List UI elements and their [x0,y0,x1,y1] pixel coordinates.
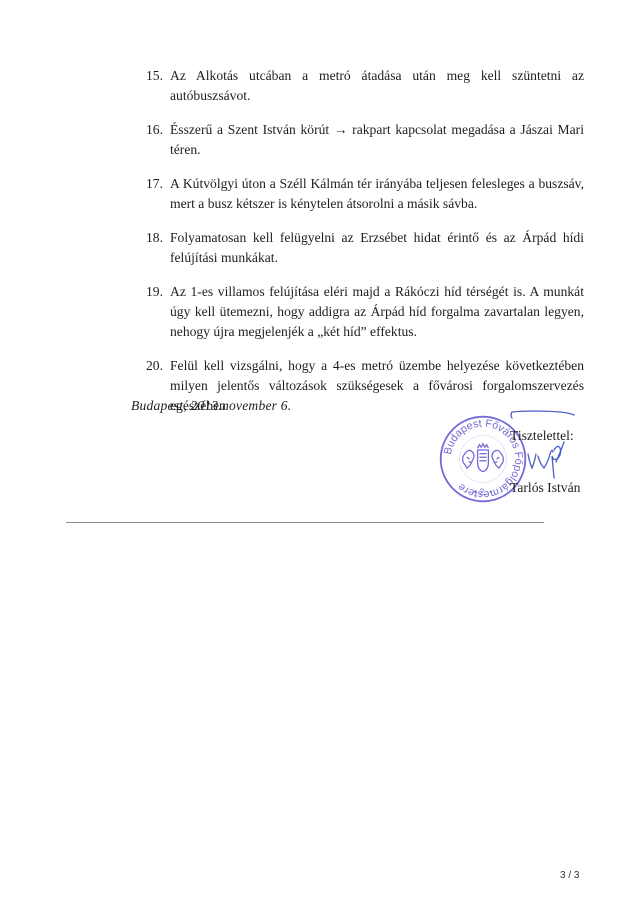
list-item-text: Az Alkotás utcában a metró átadása után … [170,66,584,106]
list-item-number: 16. [146,120,163,140]
list-item: 15. Az Alkotás utcában a metró átadása u… [146,66,584,106]
numbered-list: 15. Az Alkotás utcában a metró átadása u… [146,66,584,430]
document-page: 15. Az Alkotás utcában a metró átadása u… [0,0,640,905]
list-item-number: 15. [146,66,163,86]
list-item-text: Az 1-es villamos felújítása eléri majd a… [170,282,584,342]
place-and-date: Budapest, 2013.november 6. [131,398,291,414]
signature-icon [498,408,608,488]
list-item: 17. A Kútvölgyi úton a Széll Kálmán tér … [146,174,584,214]
signer-name: Tarlós István [510,480,580,496]
page-number: 3 / 3 [560,870,579,881]
list-item: 19. Az 1-es villamos felújítása eléri ma… [146,282,584,342]
list-item: 18. Folyamatosan kell felügyelni az Erzs… [146,228,584,268]
list-item-text: A Kútvölgyi úton a Széll Kálmán tér irán… [170,174,584,214]
horizontal-divider [66,522,544,523]
list-item-text: Folyamatosan kell felügyelni az Erzsébet… [170,228,584,268]
list-item-number: 18. [146,228,163,248]
list-item-number: 19. [146,282,163,302]
list-item-number: 17. [146,174,163,194]
svg-text:• 2. •: • 2. • [474,487,493,497]
list-item-number: 20. [146,356,163,376]
list-item: 16. Ésszerű a Szent István körút → rakpa… [146,120,584,160]
list-item-text: Ésszerű a Szent István körút → rakpart k… [170,120,584,160]
closing-salutation: Tisztelettel: [510,428,574,444]
